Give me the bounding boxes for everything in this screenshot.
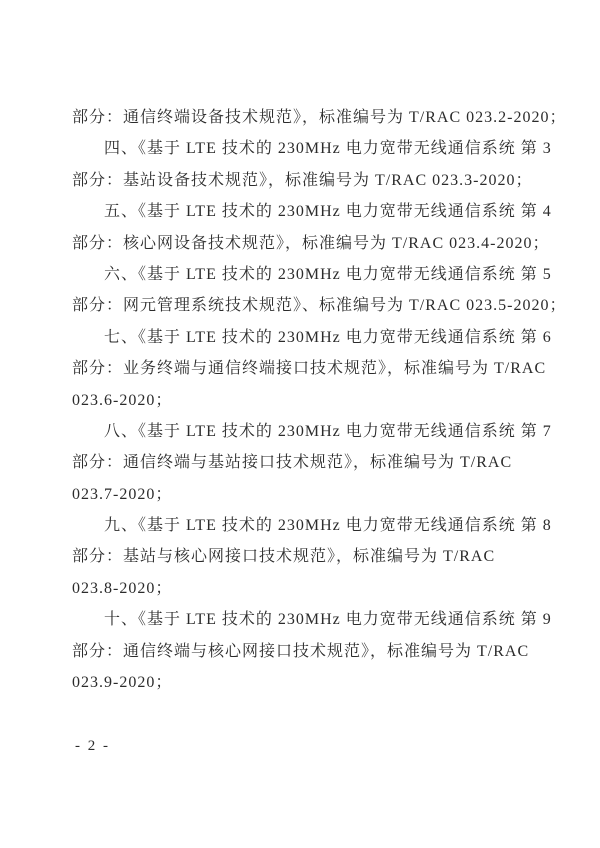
text-line: 部分：网元管理系统技术规范》、标准编号为 T/RAC 023.5-2020； [72,290,542,321]
text-line: 部分：核心网设备技术规范》，标准编号为 T/RAC 023.4-2020； [72,228,542,259]
text-line: 六、《基于 LTE 技术的 230MHz 电力宽带无线通信系统 第 5 [72,259,542,290]
document-page: 部分：通信终端设备技术规范》，标准编号为 T/RAC 023.2-2020；四、… [0,0,600,848]
text-line: 023.8-2020； [72,573,542,604]
text-line: 十、《基于 LTE 技术的 230MHz 电力宽带无线通信系统 第 9 [72,604,542,635]
text-line: 部分：业务终端与通信终端接口技术规范》，标准编号为 T/RAC [72,353,542,384]
text-line: 部分：基站设备技术规范》，标准编号为 T/RAC 023.3-2020； [72,165,542,196]
text-line: 部分：基站与核心网接口技术规范》，标准编号为 T/RAC [72,541,542,572]
text-line: 023.7-2020； [72,479,542,510]
text-line: 部分：通信终端与基站接口技术规范》，标准编号为 T/RAC [72,447,542,478]
text-line: 八、《基于 LTE 技术的 230MHz 电力宽带无线通信系统 第 7 [72,416,542,447]
text-line: 五、《基于 LTE 技术的 230MHz 电力宽带无线通信系统 第 4 [72,196,542,227]
document-body: 部分：通信终端设备技术规范》，标准编号为 T/RAC 023.2-2020；四、… [72,102,542,698]
text-line: 四、《基于 LTE 技术的 230MHz 电力宽带无线通信系统 第 3 [72,133,542,164]
text-line: 部分：通信终端与核心网接口技术规范》，标准编号为 T/RAC [72,636,542,667]
text-line: 部分：通信终端设备技术规范》，标准编号为 T/RAC 023.2-2020； [72,102,542,133]
text-line: 023.9-2020； [72,667,542,698]
text-line: 023.6-2020； [72,385,542,416]
page-number: - 2 - [75,736,110,756]
text-line: 七、《基于 LTE 技术的 230MHz 电力宽带无线通信系统 第 6 [72,322,542,353]
text-line: 九、《基于 LTE 技术的 230MHz 电力宽带无线通信系统 第 8 [72,510,542,541]
